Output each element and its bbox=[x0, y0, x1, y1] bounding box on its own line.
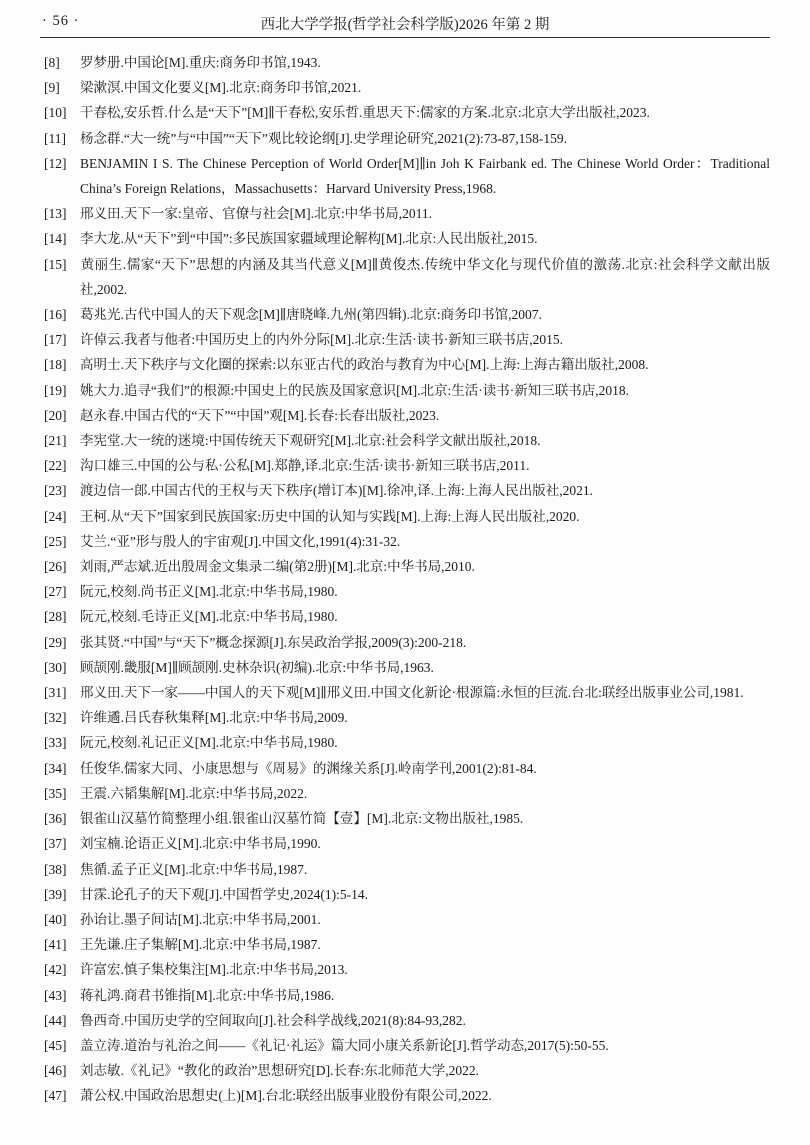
reference-number: [13] bbox=[44, 201, 80, 226]
reference-number: [44] bbox=[44, 1008, 80, 1033]
reference-text: 邢义田.天下一家:皇帝、官僚与社会[M].北京:中华书局,2011. bbox=[80, 206, 432, 221]
reference-text: 阮元,校刻.礼记正义[M].北京:中华书局,1980. bbox=[80, 735, 338, 750]
reference-item: [14]李大龙.从“天下”到“中国”:多民族国家疆域理论解构[M].北京:人民出… bbox=[44, 226, 770, 251]
reference-text: 刘宝楠.论语正义[M].北京:中华书局,1990. bbox=[80, 836, 321, 851]
reference-text: 许维遹.吕氏春秋集释[M].北京:中华书局,2009. bbox=[80, 710, 348, 725]
reference-text: 罗梦册.中国论[M].重庆:商务印书馆,1943. bbox=[80, 55, 321, 70]
reference-number: [25] bbox=[44, 529, 80, 554]
reference-item: [27]阮元,校刻.尚书正义[M].北京:中华书局,1980. bbox=[44, 579, 770, 604]
reference-number: [36] bbox=[44, 806, 80, 831]
reference-item: [32]许维遹.吕氏春秋集释[M].北京:中华书局,2009. bbox=[44, 705, 770, 730]
reference-text: 刘雨,严志斌.近出殷周金文集录二编(第2册)[M].北京:中华书局,2010. bbox=[80, 559, 475, 574]
reference-number: [46] bbox=[44, 1058, 80, 1083]
reference-number: [17] bbox=[44, 327, 80, 352]
reference-item: [17]许倬云.我者与他者:中国历史上的内外分际[M].北京:生活·读书·新知三… bbox=[44, 327, 770, 352]
reference-text: 李宪堂.大一统的迷境:中国传统天下观研究[M].北京:社会科学文献出版社,201… bbox=[80, 433, 541, 448]
reference-number: [29] bbox=[44, 630, 80, 655]
journal-title: 西北大学学报(哲学社会科学版)2026 年第 2 期 bbox=[40, 13, 770, 34]
reference-list: [8]罗梦册.中国论[M].重庆:商务印书馆,1943. [9]梁漱溟.中国文化… bbox=[44, 50, 770, 1109]
reference-text: 邢义田.天下一家——中国人的天下观[M]∥邢义田.中国文化新论·根源篇:永恒的巨… bbox=[80, 685, 744, 700]
reference-number: [41] bbox=[44, 932, 80, 957]
reference-item: [15]黄丽生.儒家“天下”思想的内涵及其当代意义[M]∥黄俊杰.传统中华文化与… bbox=[44, 252, 770, 302]
page-header: · 56 · 西北大学学报(哲学社会科学版)2026 年第 2 期 bbox=[40, 0, 770, 38]
reference-item: [20]赵永春.中国古代的“天下”“中国”观[M].长春:长春出版社,2023. bbox=[44, 403, 770, 428]
reference-item: [23]渡边信一郎.中国古代的王权与天下秩序(增订本)[M].徐冲,译.上海:上… bbox=[44, 478, 770, 503]
reference-item: [24]王柯.从“天下”国家到民族国家:历史中国的认知与实践[M].上海:上海人… bbox=[44, 504, 770, 529]
reference-text: 杨念群.“大一统”与“中国”“天下”观比较论纲[J].史学理论研究,2021(2… bbox=[80, 131, 567, 146]
reference-item: [33]阮元,校刻.礼记正义[M].北京:中华书局,1980. bbox=[44, 730, 770, 755]
reference-item: [22]沟口雄三.中国的公与私·公私[M].郑静,译.北京:生活·读书·新知三联… bbox=[44, 453, 770, 478]
reference-item: [31]邢义田.天下一家——中国人的天下观[M]∥邢义田.中国文化新论·根源篇:… bbox=[44, 680, 770, 705]
reference-text: 蒋礼鸿.商君书锥指[M].北京:中华书局,1986. bbox=[80, 988, 334, 1003]
reference-number: [11] bbox=[44, 126, 80, 151]
reference-text: 许倬云.我者与他者:中国历史上的内外分际[M].北京:生活·读书·新知三联书店,… bbox=[80, 332, 563, 347]
reference-text: 顾颉刚.畿服[M]∥顾颉刚.史林杂识(初编).北京:中华书局,1963. bbox=[80, 660, 434, 675]
reference-item: [43]蒋礼鸿.商君书锥指[M].北京:中华书局,1986. bbox=[44, 983, 770, 1008]
reference-item: [39]甘霂.论孔子的天下观[J].中国哲学史,2024(1):5-14. bbox=[44, 882, 770, 907]
reference-item: [38]焦循.孟子正义[M].北京:中华书局,1987. bbox=[44, 857, 770, 882]
reference-number: [10] bbox=[44, 100, 80, 125]
reference-number: [33] bbox=[44, 730, 80, 755]
reference-item: [45]盖立涛.道治与礼治之间——《礼记·礼运》篇大同小康关系新论[J].哲学动… bbox=[44, 1033, 770, 1058]
reference-item: [42]许富宏.慎子集校集注[M].北京:中华书局,2013. bbox=[44, 957, 770, 982]
reference-text: 渡边信一郎.中国古代的王权与天下秩序(增订本)[M].徐冲,译.上海:上海人民出… bbox=[80, 483, 593, 498]
reference-number: [38] bbox=[44, 857, 80, 882]
reference-number: [35] bbox=[44, 781, 80, 806]
reference-item: [12]BENJAMIN I S. The Chinese Perception… bbox=[44, 151, 770, 201]
reference-item: [34]任俊华.儒家大同、小康思想与《周易》的渊缘关系[J].岭南学刊,2001… bbox=[44, 756, 770, 781]
reference-number: [12] bbox=[44, 151, 80, 176]
reference-item: [28]阮元,校刻.毛诗正义[M].北京:中华书局,1980. bbox=[44, 604, 770, 629]
reference-text: 葛兆光.古代中国人的天下观念[M]∥唐晓峰.九州(第四辑).北京:商务印书馆,2… bbox=[80, 307, 542, 322]
reference-item: [8]罗梦册.中国论[M].重庆:商务印书馆,1943. bbox=[44, 50, 770, 75]
reference-item: [26]刘雨,严志斌.近出殷周金文集录二编(第2册)[M].北京:中华书局,20… bbox=[44, 554, 770, 579]
reference-text: 刘志敏.《礼记》“教化的政治”思想研究[D].长春:东北师范大学,2022. bbox=[80, 1063, 479, 1078]
reference-number: [47] bbox=[44, 1083, 80, 1108]
reference-number: [27] bbox=[44, 579, 80, 604]
reference-number: [37] bbox=[44, 831, 80, 856]
reference-number: [24] bbox=[44, 504, 80, 529]
reference-number: [22] bbox=[44, 453, 80, 478]
reference-text: 艾兰.“亚”形与殷人的宇宙观[J].中国文化,1991(4):31-32. bbox=[80, 534, 400, 549]
reference-item: [40]孙诒让.墨子间诂[M].北京:中华书局,2001. bbox=[44, 907, 770, 932]
reference-number: [31] bbox=[44, 680, 80, 705]
reference-text: 王震.六韬集解[M].北京:中华书局,2022. bbox=[80, 786, 307, 801]
reference-text: 王柯.从“天下”国家到民族国家:历史中国的认知与实践[M].上海:上海人民出版社… bbox=[80, 509, 579, 524]
reference-text: 姚大力.追寻“我们”的根源:中国史上的民族及国家意识[M].北京:生活·读书·新… bbox=[80, 383, 629, 398]
reference-text: 高明士.天下秩序与文化圈的探索:以东亚古代的政治与教育为中心[M].上海:上海古… bbox=[80, 357, 649, 372]
reference-number: [16] bbox=[44, 302, 80, 327]
reference-item: [21]李宪堂.大一统的迷境:中国传统天下观研究[M].北京:社会科学文献出版社… bbox=[44, 428, 770, 453]
reference-text: 张其贤.“中国”与“天下”概念探源[J].东吴政治学报,2009(3):200-… bbox=[80, 635, 466, 650]
reference-item: [9]梁漱溟.中国文化要义[M].北京:商务印书馆,2021. bbox=[44, 75, 770, 100]
reference-item: [29]张其贤.“中国”与“天下”概念探源[J].东吴政治学报,2009(3):… bbox=[44, 630, 770, 655]
reference-text: 干春松,安乐哲.什么是“天下”[M]∥干春松,安乐哲.重思天下:儒家的方案.北京… bbox=[80, 105, 650, 120]
reference-number: [14] bbox=[44, 226, 80, 251]
reference-item: [47]萧公权.中国政治思想史(上)[M].台北:联经出版事业股份有限公司,20… bbox=[44, 1083, 770, 1108]
reference-item: [37]刘宝楠.论语正义[M].北京:中华书局,1990. bbox=[44, 831, 770, 856]
reference-text: 阮元,校刻.毛诗正义[M].北京:中华书局,1980. bbox=[80, 609, 338, 624]
reference-text: BENJAMIN I S. The Chinese Perception of … bbox=[80, 156, 770, 196]
reference-number: [42] bbox=[44, 957, 80, 982]
reference-item: [16]葛兆光.古代中国人的天下观念[M]∥唐晓峰.九州(第四辑).北京:商务印… bbox=[44, 302, 770, 327]
reference-item: [18]高明士.天下秩序与文化圈的探索:以东亚古代的政治与教育为中心[M].上海… bbox=[44, 352, 770, 377]
reference-number: [39] bbox=[44, 882, 80, 907]
reference-number: [21] bbox=[44, 428, 80, 453]
reference-item: [46]刘志敏.《礼记》“教化的政治”思想研究[D].长春:东北师范大学,202… bbox=[44, 1058, 770, 1083]
reference-number: [43] bbox=[44, 983, 80, 1008]
reference-text: 任俊华.儒家大同、小康思想与《周易》的渊缘关系[J].岭南学刊,2001(2):… bbox=[80, 761, 537, 776]
reference-text: 李大龙.从“天下”到“中国”:多民族国家疆域理论解构[M].北京:人民出版社,2… bbox=[80, 231, 537, 246]
reference-item: [10]干春松,安乐哲.什么是“天下”[M]∥干春松,安乐哲.重思天下:儒家的方… bbox=[44, 100, 770, 125]
reference-number: [40] bbox=[44, 907, 80, 932]
reference-text: 黄丽生.儒家“天下”思想的内涵及其当代意义[M]∥黄俊杰.传统中华文化与现代价值… bbox=[80, 257, 770, 297]
reference-item: [13]邢义田.天下一家:皇帝、官僚与社会[M].北京:中华书局,2011. bbox=[44, 201, 770, 226]
reference-text: 赵永春.中国古代的“天下”“中国”观[M].长春:长春出版社,2023. bbox=[80, 408, 439, 423]
reference-text: 甘霂.论孔子的天下观[J].中国哲学史,2024(1):5-14. bbox=[80, 887, 368, 902]
reference-text: 孙诒让.墨子间诂[M].北京:中华书局,2001. bbox=[80, 912, 321, 927]
reference-text: 许富宏.慎子集校集注[M].北京:中华书局,2013. bbox=[80, 962, 348, 977]
reference-text: 盖立涛.道治与礼治之间——《礼记·礼运》篇大同小康关系新论[J].哲学动态,20… bbox=[80, 1038, 609, 1053]
reference-text: 焦循.孟子正义[M].北京:中华书局,1987. bbox=[80, 862, 307, 877]
reference-item: [36]银雀山汉墓竹简整理小组.银雀山汉墓竹简【壹】[M].北京:文物出版社,1… bbox=[44, 806, 770, 831]
reference-item: [11]杨念群.“大一统”与“中国”“天下”观比较论纲[J].史学理论研究,20… bbox=[44, 126, 770, 151]
reference-item: [25]艾兰.“亚”形与殷人的宇宙观[J].中国文化,1991(4):31-32… bbox=[44, 529, 770, 554]
reference-text: 鲁西奇.中国历史学的空间取向[J].社会科学战线,2021(8):84-93,2… bbox=[80, 1013, 466, 1028]
reference-text: 王先谦.庄子集解[M].北京:中华书局,1987. bbox=[80, 937, 321, 952]
reference-number: [30] bbox=[44, 655, 80, 680]
reference-item: [44]鲁西奇.中国历史学的空间取向[J].社会科学战线,2021(8):84-… bbox=[44, 1008, 770, 1033]
reference-text: 阮元,校刻.尚书正义[M].北京:中华书局,1980. bbox=[80, 584, 338, 599]
reference-number: [9] bbox=[44, 75, 80, 100]
reference-number: [45] bbox=[44, 1033, 80, 1058]
reference-number: [26] bbox=[44, 554, 80, 579]
reference-number: [19] bbox=[44, 378, 80, 403]
reference-item: [19]姚大力.追寻“我们”的根源:中国史上的民族及国家意识[M].北京:生活·… bbox=[44, 378, 770, 403]
reference-text: 沟口雄三.中国的公与私·公私[M].郑静,译.北京:生活·读书·新知三联书店,2… bbox=[80, 458, 529, 473]
reference-item: [30]顾颉刚.畿服[M]∥顾颉刚.史林杂识(初编).北京:中华书局,1963. bbox=[44, 655, 770, 680]
reference-item: [35]王震.六韬集解[M].北京:中华书局,2022. bbox=[44, 781, 770, 806]
reference-text: 萧公权.中国政治思想史(上)[M].台北:联经出版事业股份有限公司,2022. bbox=[80, 1088, 492, 1103]
reference-text: 梁漱溟.中国文化要义[M].北京:商务印书馆,2021. bbox=[80, 80, 361, 95]
reference-item: [41]王先谦.庄子集解[M].北京:中华书局,1987. bbox=[44, 932, 770, 957]
reference-text: 银雀山汉墓竹简整理小组.银雀山汉墓竹简【壹】[M].北京:文物出版社,1985. bbox=[80, 811, 523, 826]
reference-number: [20] bbox=[44, 403, 80, 428]
reference-number: [15] bbox=[44, 252, 80, 277]
reference-number: [23] bbox=[44, 478, 80, 503]
journal-page: · 56 · 西北大学学报(哲学社会科学版)2026 年第 2 期 [8]罗梦册… bbox=[0, 0, 810, 1145]
reference-number: [28] bbox=[44, 604, 80, 629]
reference-number: [18] bbox=[44, 352, 80, 377]
reference-number: [8] bbox=[44, 50, 80, 75]
reference-number: [34] bbox=[44, 756, 80, 781]
reference-number: [32] bbox=[44, 705, 80, 730]
